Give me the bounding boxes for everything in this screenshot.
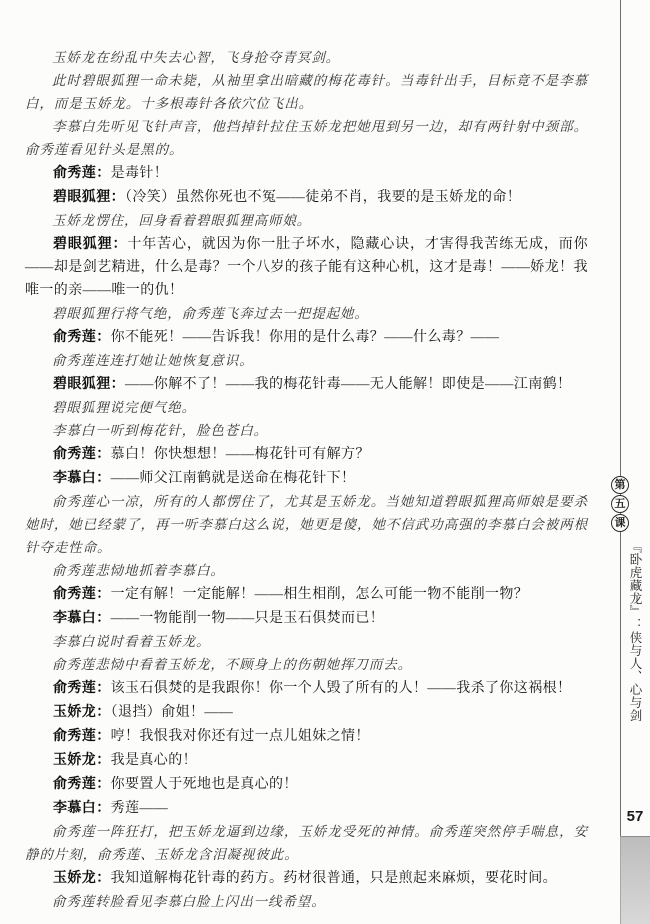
speaker-name: 俞秀莲： [53, 164, 111, 180]
dialogue-paragraph: 李慕白：秀莲—— [25, 796, 588, 820]
lesson-badge-char-1: 第 [611, 476, 629, 494]
narration-paragraph: 碧眼狐狸说完便气绝。 [25, 396, 588, 419]
lesson-badge-char-3: 课 [611, 514, 629, 532]
dialogue-paragraph: 俞秀莲：一定有解！一定能解！——相生相削，怎么可能一物不能削一物？ [25, 582, 588, 606]
speaker-name: 玉娇龙： [53, 751, 111, 767]
speaker-name: 李慕白： [53, 799, 111, 815]
narration-paragraph: 俞秀莲悲恸中看着玉娇龙，不顾身上的伤朝她挥刀而去。 [25, 653, 588, 676]
sidebar-book-title: 『卧虎藏龙』：侠与人、心与剑 [626, 540, 644, 730]
narration-paragraph: 俞秀莲转脸看见李慕白脸上闪出一线希望。 [25, 890, 588, 913]
narration-paragraph: 俞秀莲心一凉，所有的人都愣住了，尤其是玉娇龙。当她知道碧眼狐狸高师娘是要杀她时，… [25, 490, 588, 559]
dialogue-paragraph: 俞秀莲：是毒针！ [25, 161, 588, 185]
narration-paragraph: 俞秀莲连连打她让她恢复意识。 [25, 349, 588, 372]
dialogue-paragraph: 玉娇龙：（退挡）俞姐！—— [25, 700, 588, 724]
speaker-name: 俞秀莲： [53, 775, 111, 791]
narration-paragraph: 碧眼狐狸行将气绝，俞秀莲飞奔过去一把提起她。 [25, 302, 588, 325]
dialogue-paragraph: 俞秀莲：哼！我恨我对你还有过一点儿姐妹之情！ [25, 724, 588, 748]
lesson-number-badge: 第 五 课 [611, 476, 629, 532]
speaker-name: 俞秀莲： [53, 679, 111, 695]
page-number: 57 [620, 808, 650, 825]
speaker-name: 李慕白： [53, 469, 111, 485]
dialogue-paragraph: 碧眼狐狸：（冷笑）虽然你死也不冤——徒弟不肖，我要的是玉娇龙的命！ [25, 185, 588, 209]
speaker-name: 李慕白： [53, 609, 111, 625]
narration-paragraph: 俞秀莲悲恸地抓着李慕白。 [25, 559, 588, 582]
dialogue-paragraph: 俞秀莲：你不能死！——告诉我！你用的是什么毒？——什么毒？—— [25, 325, 588, 349]
dialogue-paragraph: 李慕白：——师父江南鹤就是送命在梅花针下！ [25, 466, 588, 490]
speaker-name: 玉娇龙： [53, 869, 111, 885]
speaker-name: 俞秀莲： [53, 445, 111, 461]
dialogue-paragraph: 玉娇龙：我知道解梅花针毒的药方。药材很普通，只是煎起来麻烦，要花时间。 [25, 866, 588, 890]
sidebar-vertical-rule [620, 0, 621, 836]
script-body: 玉娇龙在纷乱中失去心智，飞身抢夺青冥剑。此时碧眼狐狸一命未毙，从袖里拿出暗藏的梅… [25, 46, 588, 913]
book-page: 玉娇龙在纷乱中失去心智，飞身抢夺青冥剑。此时碧眼狐狸一命未毙，从袖里拿出暗藏的梅… [0, 0, 650, 924]
narration-paragraph: 李慕白说时看着玉娇龙。 [25, 630, 588, 653]
narration-paragraph: 李慕白一听到梅花针，脸色苍白。 [25, 419, 588, 442]
dialogue-paragraph: 俞秀莲：你要置人于死地也是真心的！ [25, 772, 588, 796]
speaker-name: 碧眼狐狸： [53, 188, 125, 204]
narration-paragraph: 此时碧眼狐狸一命未毙，从袖里拿出暗藏的梅花毒针。当毒针出手，目标竟不是李慕白，而… [25, 69, 588, 115]
narration-paragraph: 俞秀莲一阵狂打，把玉娇龙逼到边缘，玉娇龙受死的神情。俞秀莲突然停手喘息，安静的片… [25, 820, 588, 866]
page-corner-tab [620, 836, 650, 924]
speaker-name: 俞秀莲： [53, 585, 111, 601]
dialogue-paragraph: 李慕白：——一物能削一物——只是玉石俱焚而已！ [25, 606, 588, 630]
dialogue-paragraph: 俞秀莲：该玉石俱焚的是我跟你！你一个人毁了所有的人！——我杀了你这祸根！ [25, 676, 588, 700]
dialogue-paragraph: 碧眼狐狸：——你解不了！——我的梅花针毒——无人能解！即使是——江南鹤！ [25, 372, 588, 396]
narration-paragraph: 玉娇龙在纷乱中失去心智，飞身抢夺青冥剑。 [25, 46, 588, 69]
narration-paragraph: 李慕白先听见飞针声音，他挡掉针拉住玉娇龙把她甩到另一边，却有两针射中颈部。俞秀莲… [25, 115, 588, 161]
dialogue-paragraph: 俞秀莲：慕白！你快想想！——梅花针可有解方？ [25, 442, 588, 466]
narration-paragraph: 玉娇龙愣住，回身看着碧眼狐狸高师娘。 [25, 209, 588, 232]
speaker-name: 碧眼狐狸： [53, 235, 127, 251]
dialogue-paragraph: 玉娇龙：我是真心的！ [25, 748, 588, 772]
speaker-name: 俞秀莲： [53, 727, 111, 743]
dialogue-paragraph: 碧眼狐狸：十年苦心，就因为你一肚子坏水，隐藏心诀，才害得我苦练无成，而你——却是… [25, 232, 588, 302]
speaker-name: 玉娇龙： [53, 703, 111, 719]
speaker-name: 碧眼狐狸： [53, 375, 125, 391]
speaker-name: 俞秀莲： [53, 328, 111, 344]
lesson-badge-char-2: 五 [611, 495, 629, 513]
